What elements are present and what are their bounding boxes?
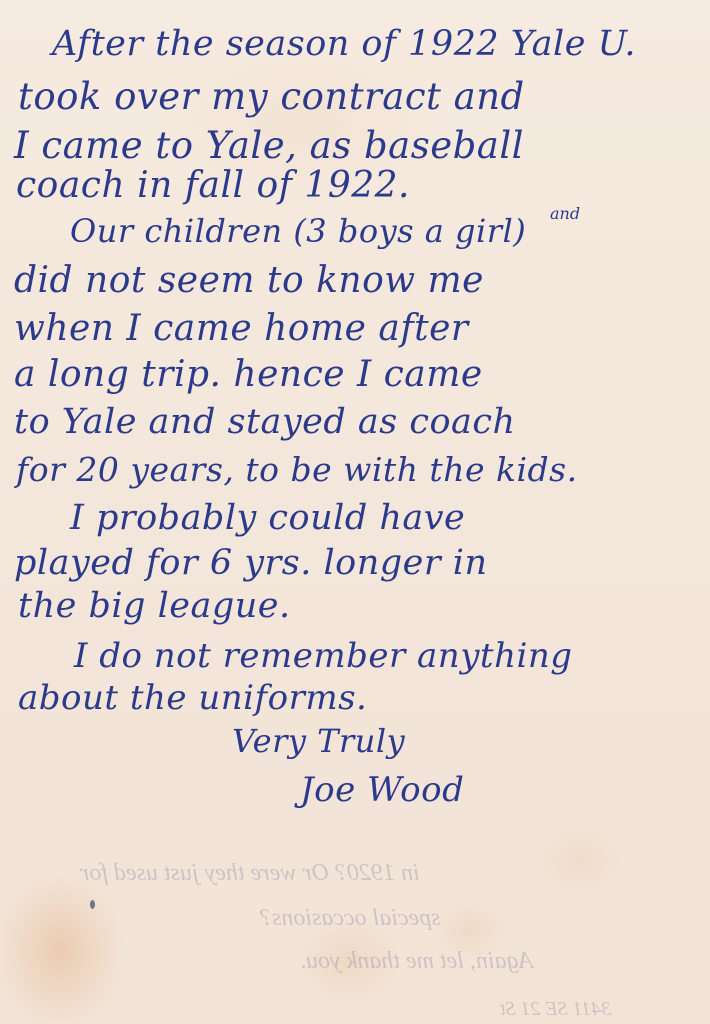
letter-line: I came to Yale, as baseball bbox=[14, 124, 524, 167]
letter-line: did not seem to know me bbox=[14, 260, 484, 301]
letter-line: played for 6 yrs. longer in bbox=[14, 543, 488, 583]
letter-line: when I came home after bbox=[14, 308, 469, 349]
insertion-word: and bbox=[550, 204, 580, 223]
bleed-through-line: 3411 SE 21 St bbox=[500, 998, 611, 1021]
letter-line: a long trip. hence I came bbox=[14, 354, 483, 395]
letter-line: Our children (3 boys a girl) bbox=[70, 212, 526, 250]
signature: Joe Wood bbox=[300, 770, 464, 810]
letter-line: about the uniforms. bbox=[18, 678, 367, 718]
letter-line: the big league. bbox=[18, 586, 291, 626]
ink-speck bbox=[90, 900, 95, 909]
letter-line: coach in fall of 1922. bbox=[16, 165, 410, 206]
letter-page: in 1920? Or were they just used for spec… bbox=[0, 0, 710, 1024]
letter-line: After the season of 1922 Yale U. bbox=[52, 24, 636, 64]
bleed-through-line: Again, let me thank you. bbox=[300, 948, 533, 975]
letter-line: I probably could have bbox=[70, 498, 465, 538]
bleed-through-line: special occasions? bbox=[260, 905, 441, 932]
letter-line: to Yale and stayed as coach bbox=[14, 402, 516, 442]
letter-line: for 20 years, to be with the kids. bbox=[16, 450, 578, 489]
closing: Very Truly bbox=[232, 722, 405, 760]
bleed-through-line: in 1920? Or were they just used for bbox=[80, 860, 420, 887]
letter-line: took over my contract and bbox=[18, 75, 525, 118]
letter-line: I do not remember anything bbox=[74, 636, 573, 676]
